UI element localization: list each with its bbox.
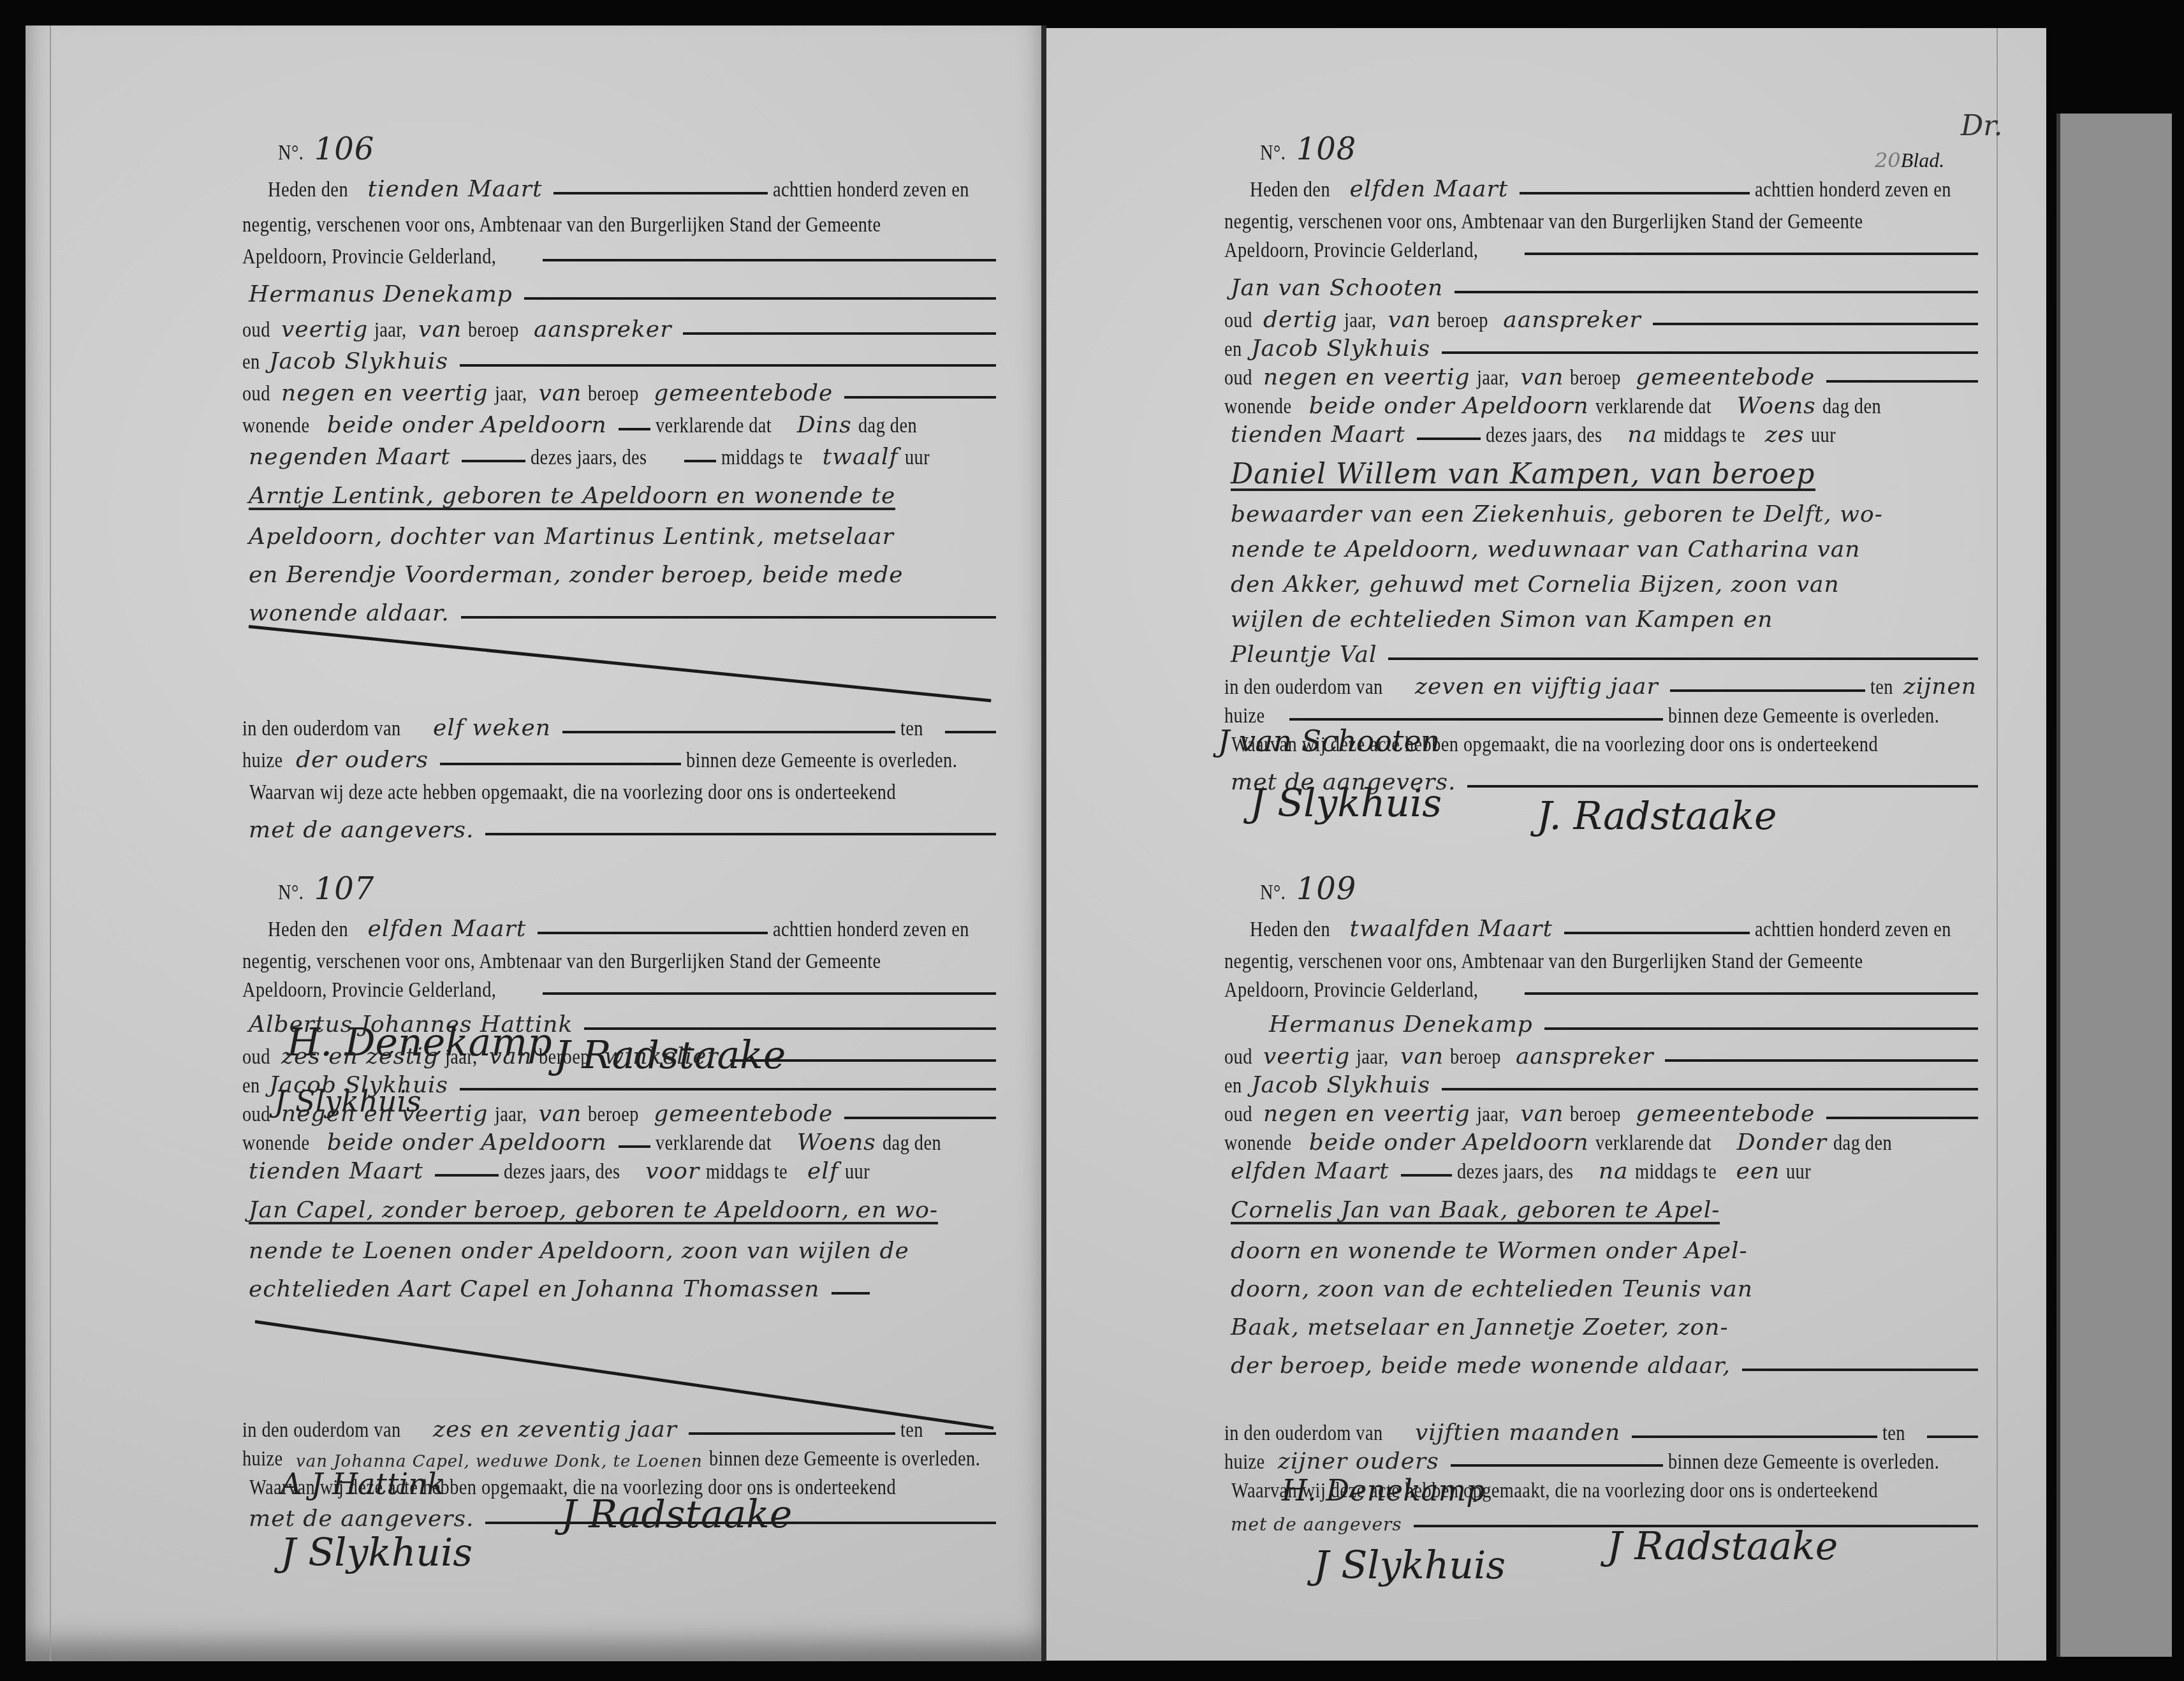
register-entry-106: N°.106 Heden dentienden Maartachttien ho…: [242, 134, 1001, 867]
deceased-line-2: nende te Loenen onder Apeldoorn, zoon va…: [242, 1231, 1001, 1263]
death-time-line: tienden Maartdezes jaars, desnamiddags t…: [1224, 415, 1983, 446]
signature: J Radstaake: [1607, 1524, 1838, 1569]
declarant1-details: oudveertigjaar,vanberoepaanspreker: [1224, 1036, 1983, 1068]
deceased-line-3: nende te Apeldoorn, weduwnaar van Cathar…: [1224, 529, 1983, 561]
death-time-line: elfden Maartdezes jaars, desnamiddags te…: [1224, 1151, 1983, 1183]
closing-handwritten: met de aangevers.: [242, 810, 1001, 842]
margin-rule: [50, 26, 51, 1661]
register-entry-109: N°.109 Heden dentwaalfden Maartachttien …: [1224, 874, 1983, 1511]
date-line: Heden denelfden Maartachttien honderd ze…: [1224, 169, 1983, 201]
declarant2-details: oudnegen en veertigjaar,vanberoepgemeent…: [242, 1094, 1001, 1126]
register-entry-107: N°.107 Heden denelfden Maartachttien hon…: [242, 874, 1001, 1511]
next-page-edge: [2056, 114, 2172, 1657]
date-line: Heden dentwaalfden Maartachttien honderd…: [1224, 909, 1983, 941]
residence-line: wonendebeide onder Apeldoornverklarende …: [242, 1122, 1001, 1154]
declarant1-name: Albertus Johannes Hattink: [242, 1004, 1001, 1036]
declarant1-name: Jan van Schooten: [1224, 268, 1983, 300]
residence-line: wonendebeide onder Apeldoornverklarende …: [242, 405, 1001, 437]
place-line: Apeldoorn, Provincie Gelderland,: [1224, 230, 1983, 261]
book-gutter: [1041, 26, 1046, 1661]
house-line: huizezijner oudersbinnen deze Gemeente i…: [1224, 1441, 1983, 1473]
deceased-line-4: den Akker, gehuwd met Cornelia Bijzen, z…: [1224, 564, 1983, 596]
signature: J. Radstaake: [1537, 794, 1777, 839]
house-line: huizebinnen deze Gemeente is overleden.: [1224, 695, 1983, 727]
residence-line: wonendebeide onder Apeldoornverklarende …: [1224, 386, 1983, 418]
signature: A J Hattink: [281, 1467, 445, 1501]
margin-rule: [1997, 28, 1998, 1661]
residence-line: wonendebeide onder Apeldoornverklarende …: [1224, 1122, 1983, 1154]
closing-line: Waarvan wij deze acte hebben opgemaakt, …: [242, 772, 1001, 804]
signature: H. Denekamp: [1282, 1473, 1485, 1508]
deceased-line-4: wonende aldaar.: [242, 593, 1001, 625]
declarant2-details: oudnegen en veertigjaar,vanberoepgemeent…: [242, 373, 1001, 405]
deceased-line-1: Cornelis Jan van Baak, geboren te Apel-: [1224, 1193, 1983, 1224]
death-time-line: tienden Maartdezes jaars, desvoormiddags…: [242, 1151, 1001, 1183]
declarant1-details: oudzes en zestigjaar,vanberoepwinkelier: [242, 1036, 1001, 1068]
cancel-stroke: [249, 625, 992, 702]
deceased-line-2: doorn en wonende te Wormen onder Apel-: [1224, 1231, 1983, 1263]
signature: J Slykhuis: [1314, 1543, 1506, 1588]
signature: J Radstaake: [561, 1492, 792, 1537]
deceased-line-6: Pleuntje Val: [1224, 635, 1983, 666]
deceased-line-3: echtelieden Aart Capel en Johanna Thomas…: [242, 1269, 1001, 1301]
declarant2-details: oudnegen en veertigjaar,vanberoepgemeent…: [1224, 357, 1983, 389]
register-entry-108: N°.108 Heden denelfden Maartachttien hon…: [1224, 134, 1983, 772]
official-line: negentig, verschenen voor ons, Ambtenaar…: [1224, 201, 1983, 233]
declarant2-name: enJacob Slykhuis: [242, 341, 1001, 373]
age-line: in den ouderdom vanelf wekenten: [242, 708, 1001, 740]
deceased-line-3: doorn, zoon van de echtelieden Teunis va…: [1224, 1269, 1983, 1301]
deceased-line-1: Daniel Willem van Kampen, van beroep: [1224, 459, 1983, 491]
deceased-line-1: Jan Capel, zonder beroep, geboren te Ape…: [242, 1193, 1001, 1224]
date-line: Heden denelfden Maartachttien honderd ze…: [242, 909, 1001, 941]
declarant2-name: enJacob Slykhuis: [1224, 328, 1983, 360]
deceased-line-1: Arntje Lentink, geboren te Apeldoorn en …: [242, 478, 1001, 510]
deceased-line-4: Baak, metselaar en Jannetje Zoeter, zon-: [1224, 1307, 1983, 1339]
declarant2-name: enJacob Slykhuis: [1224, 1065, 1983, 1097]
declarant1-name: Hermanus Denekamp: [242, 274, 1001, 306]
entry-number: N°.108: [1260, 134, 1363, 165]
place-line: Apeldoorn, Provincie Gelderland,: [1224, 969, 1983, 1001]
declarant2-details: oudnegen en veertigjaar,vanberoepgemeent…: [1224, 1094, 1983, 1126]
entry-number: N°.109: [1260, 874, 1363, 904]
house-line: huizevan Johanna Capel, weduwe Donk, te …: [242, 1438, 1001, 1470]
deceased-line-5: der beroep, beide mede wonende aldaar,: [1224, 1346, 1983, 1377]
declarant1-details: ouddertigjaar,vanberoepaanspreker: [1224, 300, 1983, 332]
official-line: negentig, verschenen voor ons, Ambtenaar…: [242, 204, 1001, 236]
age-line: in den ouderdom vanvijftien maandenten: [1224, 1413, 1983, 1444]
official-line: negentig, verschenen voor ons, Ambtenaar…: [1224, 941, 1983, 973]
signature: J van Schooten: [1218, 724, 1440, 758]
entry-number: N°.106: [278, 134, 381, 165]
place-line: Apeldoorn, Provincie Gelderland,: [242, 236, 1001, 268]
deceased-line-2: Apeldoorn, dochter van Martinus Lentink,…: [242, 517, 1001, 548]
age-line: in den ouderdom vanzes en zeventig jaart…: [242, 1409, 1001, 1441]
deceased-line-3: en Berendje Voorderman, zonder beroep, b…: [242, 555, 1001, 587]
place-line: Apeldoorn, Provincie Gelderland,: [242, 969, 1001, 1001]
signature: J Slykhuis: [1250, 781, 1442, 826]
declarant2-name: enJacob Slykhuis: [242, 1065, 1001, 1097]
deceased-line-5: wijlen de echtelieden Simon van Kampen e…: [1224, 599, 1983, 631]
deceased-line-2: bewaarder van een Ziekenhuis, geboren te…: [1224, 494, 1983, 526]
official-line: negentig, verschenen voor ons, Ambtenaar…: [242, 941, 1001, 973]
date-line: Heden dentienden Maartachttien honderd z…: [242, 169, 1001, 201]
house-line: huizeder oudersbinnen deze Gemeente is o…: [242, 740, 1001, 772]
death-time-line: negenden Maartdezes jaars, desmiddags te…: [242, 437, 1001, 469]
declarant1-name: Hermanus Denekamp: [1224, 1004, 1983, 1036]
entry-number: N°.107: [278, 874, 381, 904]
signature: J Slykhuis: [281, 1531, 473, 1575]
age-line: in den ouderdom vanzeven en vijftig jaar…: [1224, 666, 1983, 698]
declarant1-details: oudveertigjaar,vanberoepaanspreker: [242, 309, 1001, 341]
